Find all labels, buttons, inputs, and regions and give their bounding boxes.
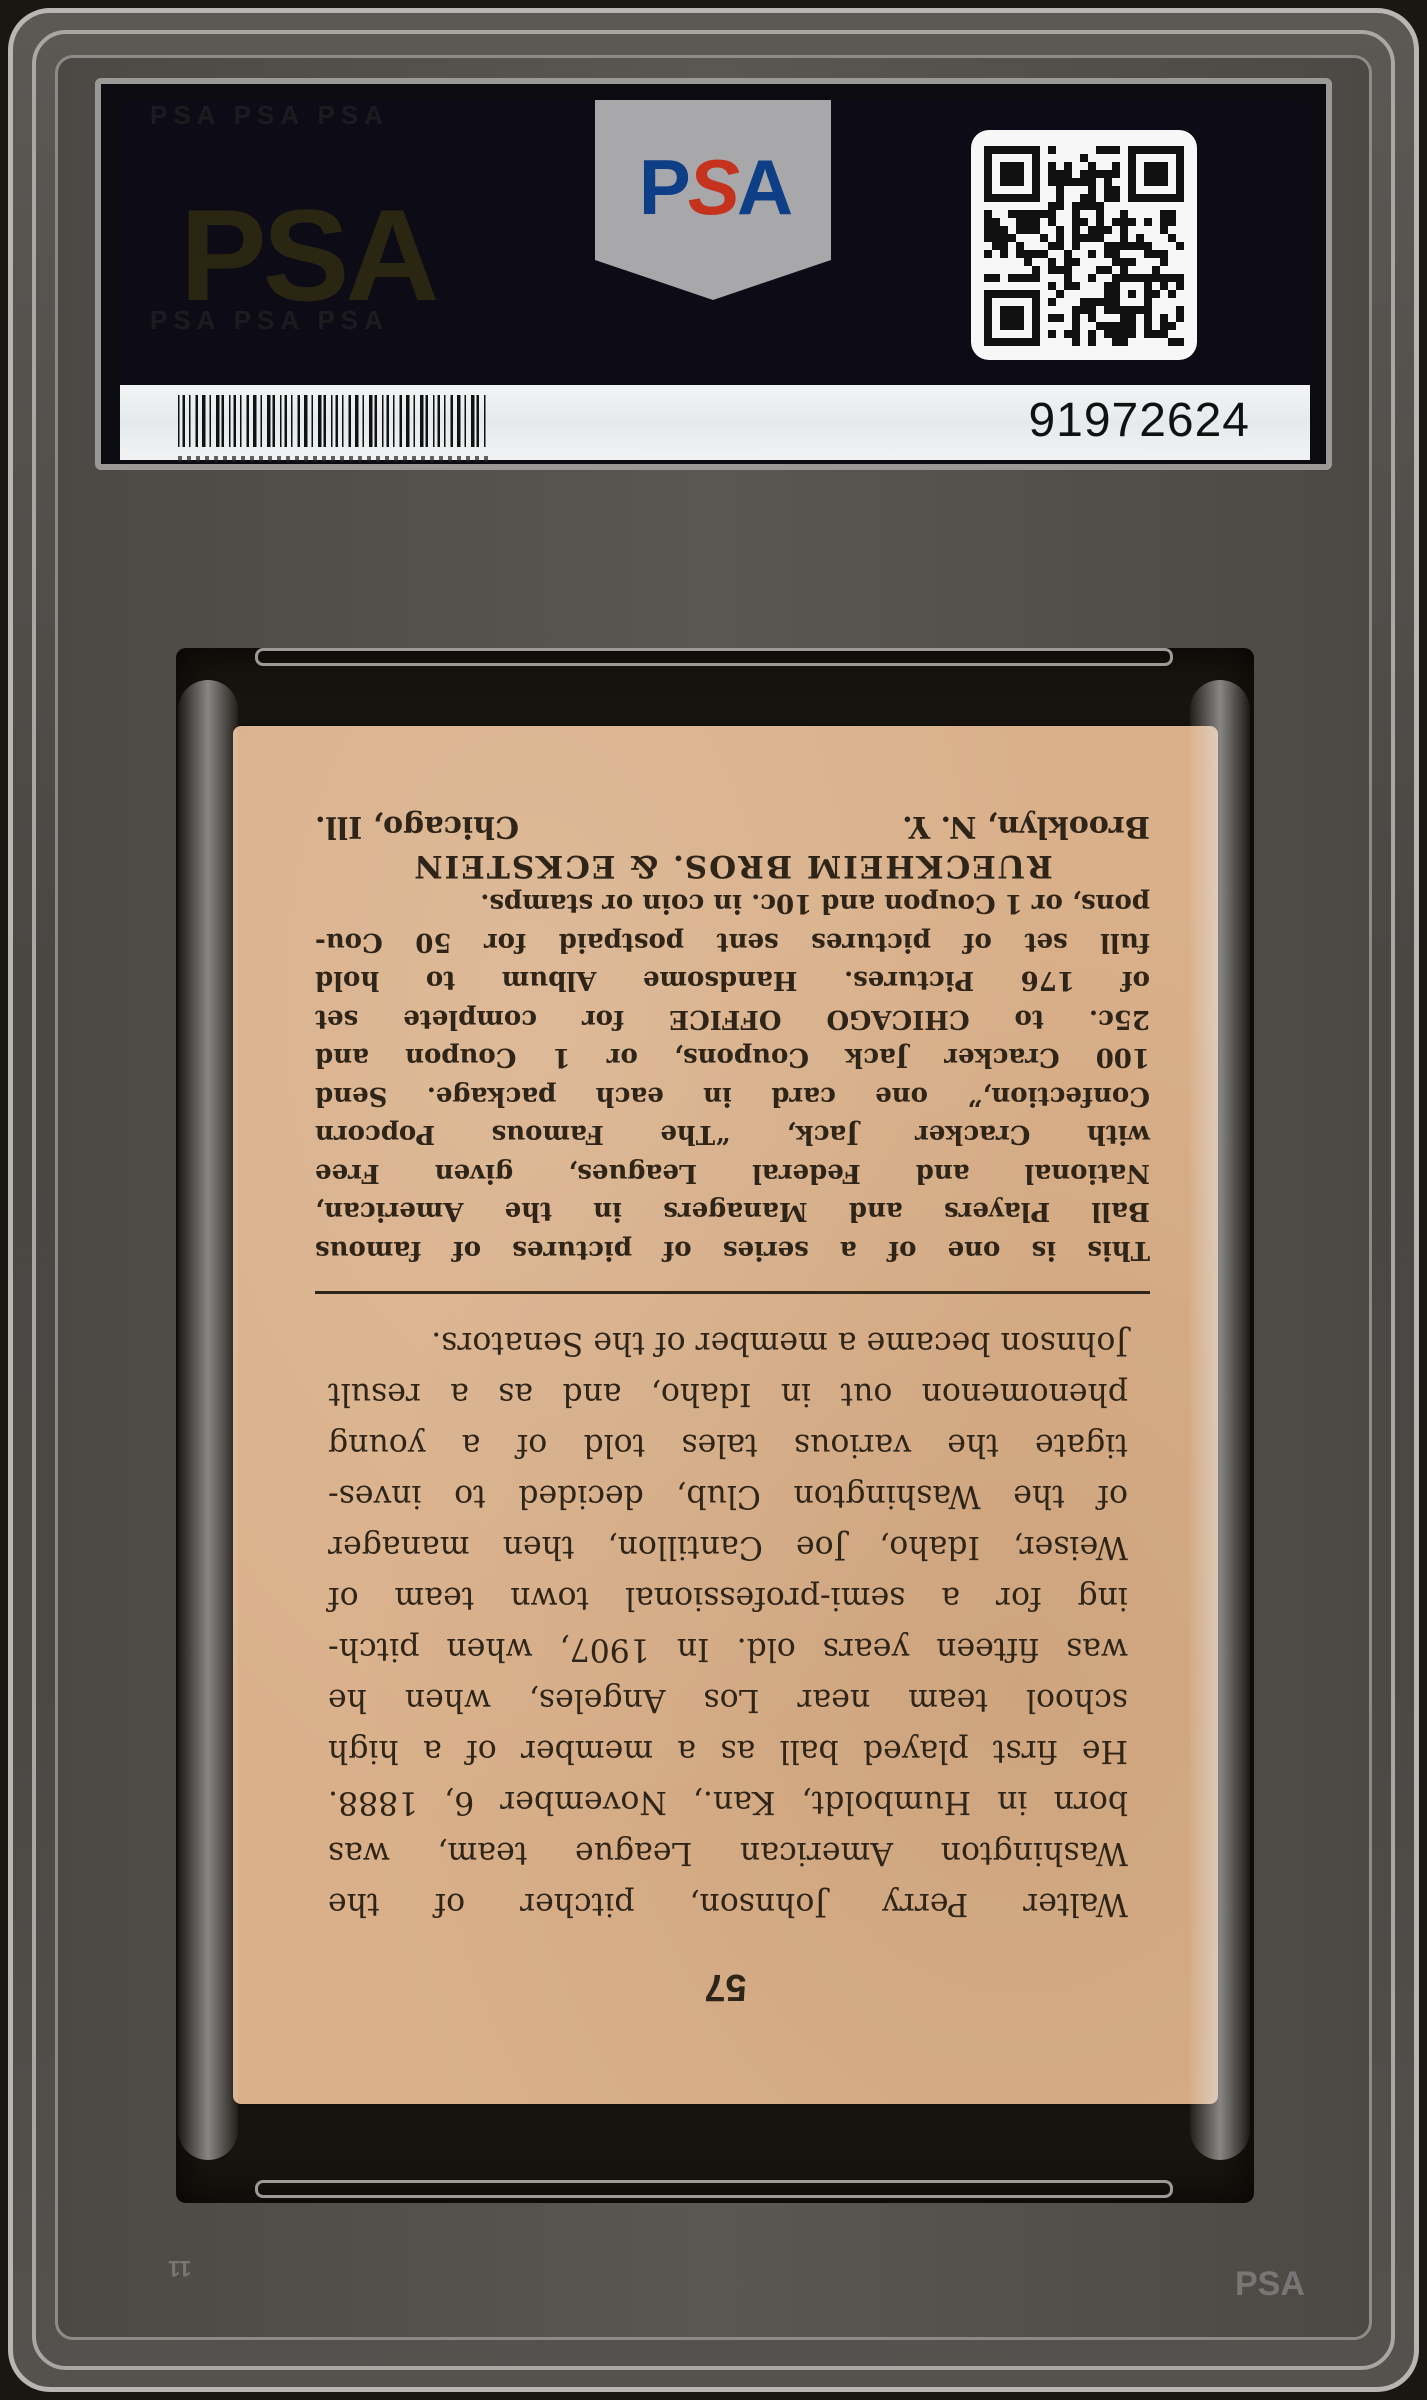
bio-line: Washington American League team, was xyxy=(328,1827,1128,1878)
bio-line: Johnson became a member of the Senators. xyxy=(328,1317,1128,1368)
company-name: RUECKHEIM BROS. & ECKSTEIN xyxy=(315,848,1150,884)
promo-line: This is one of a series of pictures of f… xyxy=(315,1231,1150,1270)
promo-line: National and Federal Leagues, given Free xyxy=(315,1154,1150,1193)
card-text-upside-down: 57 Walter Perry Johnson, pitcher of theW… xyxy=(233,726,1218,2104)
promo-line: of 176 Pictures. Handsome Album to hold xyxy=(315,961,1150,1000)
promo-line: Ball Players and Managers in the America… xyxy=(315,1192,1150,1231)
bio-line: Walter Perry Johnson, pitcher of the xyxy=(328,1878,1128,1929)
promo-line: with Cracker Jack, “The Famous Popcorn xyxy=(315,1115,1150,1154)
divider-rule xyxy=(315,1291,1150,1294)
promo-line: 100 Cracker Jack Coupons, or 1 Coupon an… xyxy=(315,1038,1150,1077)
bio-line: school team near Los Angeles, when he xyxy=(328,1674,1128,1725)
watermark-small-top: PSA PSA PSA xyxy=(150,100,389,131)
cert-number: 91972624 xyxy=(960,393,1250,448)
bio-line: ing for a semi-professional town team of xyxy=(328,1572,1128,1623)
psa-emboss-mark: PSA xyxy=(1235,2265,1305,2304)
bio-line: born in Humboldt, Kan., November 6, 1888… xyxy=(328,1776,1128,1827)
promo-line: pons, or 1 Coupon and 10c. in coin or st… xyxy=(315,884,1150,923)
city-right: Chicago, Ill. xyxy=(315,809,519,844)
bio-line: of the Washington Club, decided to inves… xyxy=(328,1470,1128,1521)
qr-code-icon[interactable] xyxy=(971,130,1197,360)
mold-number-mark: 11 xyxy=(168,2255,191,2281)
psa-watermark-logo: PSA xyxy=(180,180,435,330)
promo-line: 25c. to CHICAGO OFFICE for complete set xyxy=(315,1000,1150,1039)
barcode-icon xyxy=(178,395,488,447)
city-left: Brooklyn, N. Y. xyxy=(902,809,1150,844)
baseball-card-back: 57 Walter Perry Johnson, pitcher of theW… xyxy=(233,726,1218,2104)
player-biography: Walter Perry Johnson, pitcher of theWash… xyxy=(328,1317,1128,1929)
promo-line: Confection,” one card in each package. S… xyxy=(315,1077,1150,1116)
bio-line: He first played ball as a member of a hi… xyxy=(328,1725,1128,1776)
sleeve-edge-right xyxy=(1190,680,1250,2160)
bio-line: was fifteen years old. In 1907, when pit… xyxy=(328,1623,1128,1674)
company-cities: Brooklyn, N. Y. Chicago, Ill. xyxy=(315,809,1150,844)
bio-line: phenomenon out in Idaho, and as a result xyxy=(328,1368,1128,1419)
card-number: 57 xyxy=(233,1965,1218,2008)
bio-line: tigate the various tales told of a young xyxy=(328,1419,1128,1470)
sleeve-edge-left xyxy=(178,680,238,2160)
promo-text: This is one of a series of pictures of f… xyxy=(315,884,1150,1269)
well-rail-bottom xyxy=(255,2180,1173,2198)
promo-line: full set of pictures sent postpaid for 5… xyxy=(315,923,1150,962)
bio-line: Weiser, Idaho, Joe Cantillon, then manag… xyxy=(328,1521,1128,1572)
barcode-digits xyxy=(178,456,488,462)
well-rail-top xyxy=(255,648,1173,666)
psa-logo: PSA xyxy=(612,142,817,233)
